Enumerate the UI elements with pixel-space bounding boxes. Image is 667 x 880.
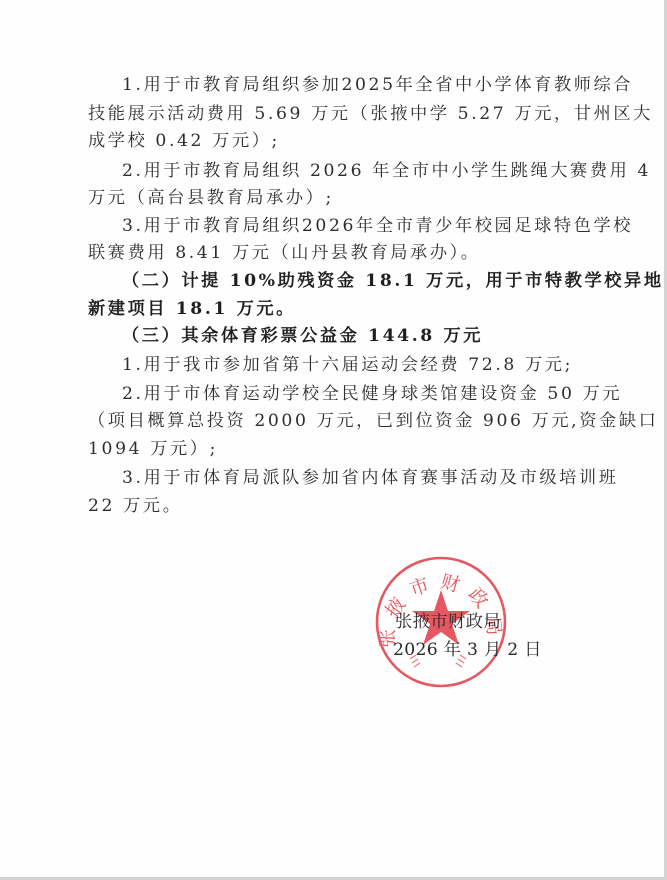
text-line: 技能展示活动费用 5.69 万元（张掖中学 5.27 万元，甘州区大 (88, 104, 583, 124)
text-line: 22 万元。 (88, 496, 583, 516)
section-heading-2: （二）计提 10%助残资金 18.1 万元，用于市特教学校异地 (122, 271, 583, 291)
text-line: 3.用于市教育局组织2026年全市青少年校园足球特色学校 (122, 216, 583, 236)
section-heading-3: （三）其余体育彩票公益金 144.8 万元 (122, 326, 583, 346)
issuer-signature: 张掖市财政局 (395, 612, 501, 632)
text-line: （项目概算总投资 2000 万元，已到位资金 906 万元,资金缺口 (88, 411, 583, 431)
text-line: 1094 万元）; (88, 439, 583, 459)
text-line: 万元（高台县教育局承办）; (88, 188, 583, 208)
text-line: 3.用于市体育局派队参加省内体育赛事活动及市级培训班 (122, 468, 583, 488)
text-line: 联赛费用 8.41 万元（山丹县教育局承办）。 (88, 243, 583, 263)
document-page: 1.用于市教育局组织参加2025年全省中小学体育教师综合 技能展示活动费用 5.… (0, 0, 667, 880)
text-line: 1.用于市教育局组织参加2025年全省中小学体育教师综合 (122, 75, 583, 95)
section-heading-2-cont: 新建项目 18.1 万元。 (88, 299, 583, 319)
text-line: 2.用于市教育局组织 2026 年全市中小学生跳绳大赛费用 4 (122, 161, 583, 181)
text-line: 1.用于我市参加省第十六届运动会经费 72.8 万元; (122, 355, 583, 375)
text-line: 2.用于市体育运动学校全民健身球类馆建设资金 50 万元 (122, 384, 583, 404)
issue-date: 2026 年 3 月 2 日 (393, 640, 542, 660)
text-line: 成学校 0.42 万元）; (88, 131, 583, 151)
